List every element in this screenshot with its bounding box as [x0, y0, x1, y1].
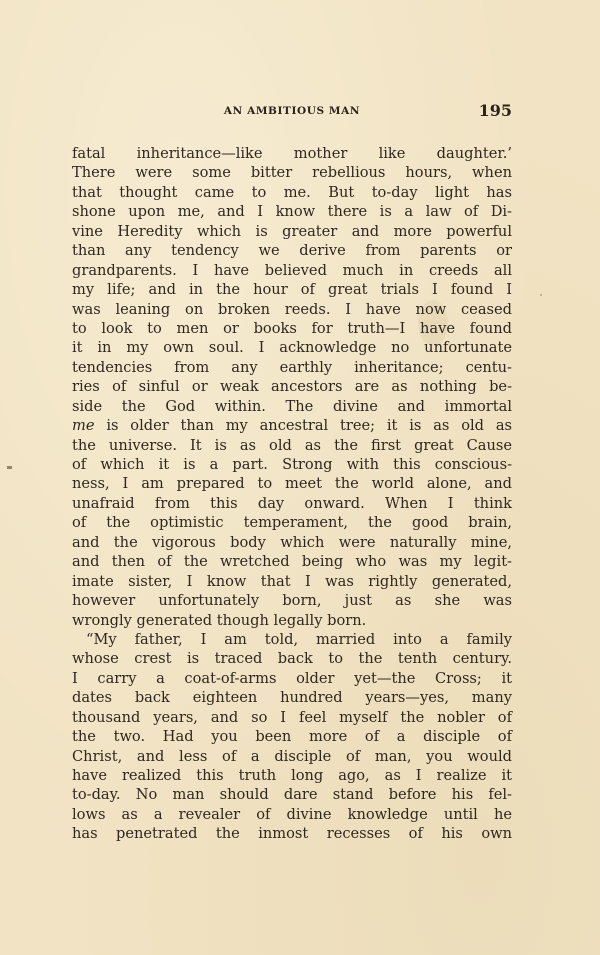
- text-line: vine Heredity which is greater and more …: [72, 222, 512, 241]
- text-line: lows as a revealer of divine knowledge u…: [72, 805, 512, 824]
- text-line: of the optimistic temperament, the good …: [72, 513, 512, 532]
- text-line: to look to men or books for truth—I have…: [72, 319, 512, 338]
- text-line: whose crest is traced back to the tenth …: [72, 649, 512, 668]
- text-line-paragraph-start: “My father, I am told, married into a fa…: [72, 630, 512, 649]
- text-line: my life; and in the hour of great trials…: [72, 280, 512, 299]
- text-line: however unfortunately born, just as she …: [72, 591, 512, 610]
- text-line: shone upon me, and I know there is a law…: [72, 202, 512, 221]
- text-line: of which it is a part. Strong with this …: [72, 455, 512, 474]
- text-line-with-italic: me is older than my ancestral tree; it i…: [72, 416, 512, 435]
- text-line: and then of the wretched being who was m…: [72, 552, 512, 571]
- text-line: the two. Had you been more of a disciple…: [72, 727, 512, 746]
- text-line: that thought came to me. But to-day ligh…: [72, 183, 512, 202]
- text-line: has penetrated the inmost recesses of hi…: [72, 824, 512, 843]
- text-line: ness, I am prepared to meet the world al…: [72, 474, 512, 493]
- page-number: 195: [479, 101, 512, 120]
- italic-word: me: [72, 417, 94, 434]
- text-line: Christ, and less of a disciple of man, y…: [72, 747, 512, 766]
- text-line: There were some bitter rebellious hours,…: [72, 163, 512, 182]
- body-text: fatal inheritance—like mother like daugh…: [72, 144, 512, 844]
- text-line: to-day. No man should dare stand before …: [72, 785, 512, 804]
- text-line: and the vigorous body which were natural…: [72, 533, 512, 552]
- running-head: AN AMBITIOUS MAN 195: [72, 101, 512, 121]
- margin-mark: [7, 466, 12, 469]
- paper-speck: [540, 294, 542, 296]
- text-line: dates back eighteen hundred years—yes, m…: [72, 688, 512, 707]
- text-line: than any tendency we derive from parents…: [72, 241, 512, 260]
- text-line: the universe. It is as old as the first …: [72, 436, 512, 455]
- text-line: fatal inheritance—like mother like daugh…: [72, 144, 512, 163]
- text-line: unafraid from this day onward. When I th…: [72, 494, 512, 513]
- text-line-rest: is older than my ancestral tree; it is a…: [106, 417, 512, 434]
- text-line: ries of sinful or weak ancestors are as …: [72, 377, 512, 396]
- text-line: was leaning on broken reeds. I have now …: [72, 300, 512, 319]
- text-line: grandparents. I have believed much in cr…: [72, 261, 512, 280]
- running-title: AN AMBITIOUS MAN: [72, 105, 512, 117]
- text-line: wrongly generated though legally born.: [72, 611, 512, 630]
- text-line: I carry a coat-of-arms older yet—the Cro…: [72, 669, 512, 688]
- book-page: AN AMBITIOUS MAN 195 fatal inheritance—l…: [0, 0, 600, 955]
- text-line: tendencies from any earthly inheritance;…: [72, 358, 512, 377]
- text-line: side the God within. The divine and immo…: [72, 397, 512, 416]
- text-line: it in my own soul. I acknowledge no unfo…: [72, 338, 512, 357]
- text-line: imate sister, I know that I was rightly …: [72, 572, 512, 591]
- text-line: thousand years, and so I feel myself the…: [72, 708, 512, 727]
- text-line: have realized this truth long ago, as I …: [72, 766, 512, 785]
